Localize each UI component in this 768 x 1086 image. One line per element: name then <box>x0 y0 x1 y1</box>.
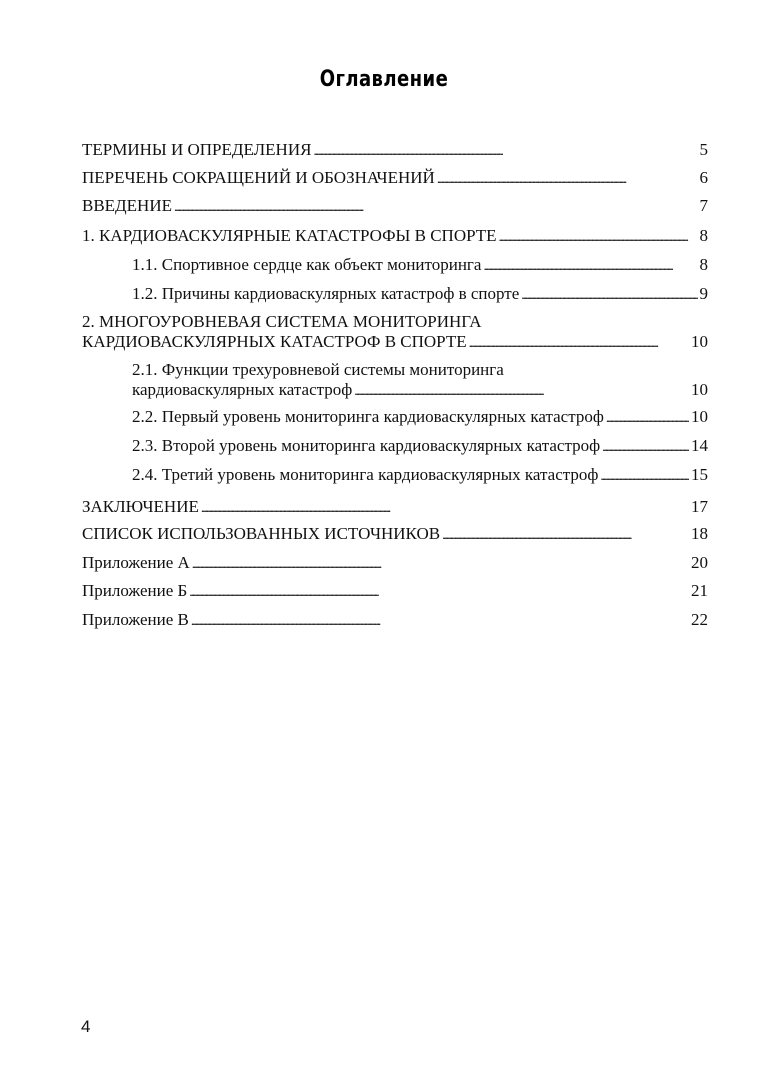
page-title: Оглавление <box>69 67 699 92</box>
dot-leader <box>313 140 697 161</box>
toc-entry-title: 2.3. Второй уровень мониторинга кардиова… <box>132 436 600 456</box>
dot-leader <box>483 255 697 276</box>
toc-entry-page: 6 <box>700 168 709 188</box>
dot-leader <box>191 610 689 631</box>
toc-entry[interactable]: ТЕРМИНЫ И ОПРЕДЕЛЕНИЯ5 <box>82 140 708 161</box>
dot-leader <box>499 226 698 247</box>
toc-entry-title: КАРДИОВАСКУЛЯРНЫХ КАТАСТРОФ В СПОРТЕ <box>82 332 467 352</box>
toc-entry-title: ПЕРЕЧЕНЬ СОКРАЩЕНИЙ И ОБОЗНАЧЕНИЙ <box>82 168 435 188</box>
dot-leader <box>442 524 689 545</box>
dot-leader <box>437 168 698 189</box>
toc-entry[interactable]: Приложение В22 <box>82 610 708 631</box>
toc-entry-page: 5 <box>700 140 709 160</box>
toc-entry-title: Приложение А <box>82 553 190 573</box>
dot-leader <box>192 553 689 574</box>
toc-entry[interactable]: СПИСОК ИСПОЛЬЗОВАННЫХ ИСТОЧНИКОВ18 <box>82 524 708 545</box>
toc-entry-title: Приложение Б <box>82 581 187 601</box>
toc-entry-title: 2.4. Третий уровень мониторинга кардиова… <box>132 465 598 485</box>
toc-entry-page: 18 <box>691 524 708 544</box>
toc-entry[interactable]: ПЕРЕЧЕНЬ СОКРАЩЕНИЙ И ОБОЗНАЧЕНИЙ6 <box>82 168 708 189</box>
toc-entry-title: ТЕРМИНЫ И ОПРЕДЕЛЕНИЯ <box>82 140 311 160</box>
dot-leader <box>600 465 689 486</box>
dot-leader <box>174 196 698 217</box>
dot-leader <box>602 436 689 457</box>
toc-entry-page: 10 <box>691 380 708 400</box>
dot-leader <box>469 332 689 353</box>
toc-entry[interactable]: 2.2. Первый уровень мониторинга кардиова… <box>132 407 708 428</box>
toc-entry-title: кардиоваскулярных катастроф <box>132 380 352 400</box>
toc-entry[interactable]: 2. МНОГОУРОВНЕВАЯ СИСТЕМА МОНИТОРИНГАКАР… <box>82 312 708 353</box>
toc-entry-page: 20 <box>691 553 708 573</box>
toc-entry-page: 7 <box>700 196 709 216</box>
toc-entry[interactable]: 1. КАРДИОВАСКУЛЯРНЫЕ КАТАСТРОФЫ В СПОРТЕ… <box>82 226 708 247</box>
toc-entry-title: 2. МНОГОУРОВНЕВАЯ СИСТЕМА МОНИТОРИНГА <box>82 312 482 332</box>
toc-entry-title: 1.1. Спортивное сердце как объект монито… <box>132 255 481 275</box>
dot-leader <box>354 380 689 401</box>
toc-entry-title: 1. КАРДИОВАСКУЛЯРНЫЕ КАТАСТРОФЫ В СПОРТЕ <box>82 226 497 246</box>
toc-entry-title: 1.2. Причины кардиоваскулярных катастроф… <box>132 284 519 304</box>
toc-entry-page: 8 <box>700 255 709 275</box>
toc-entry-title: Приложение В <box>82 610 189 630</box>
toc-entry[interactable]: Приложение Б21 <box>82 581 708 602</box>
toc-entry[interactable]: 2.1. Функции трехуровневой системы монит… <box>132 360 708 401</box>
toc-entry-title: 2.1. Функции трехуровневой системы монит… <box>132 360 504 380</box>
toc-entry-page: 10 <box>691 332 708 352</box>
dot-leader <box>606 407 689 428</box>
page-number: 4 <box>81 1017 90 1037</box>
toc-entry-title: ВВЕДЕНИЕ <box>82 196 172 216</box>
toc-entry-title: ЗАКЛЮЧЕНИЕ <box>82 497 199 517</box>
toc-entry[interactable]: ЗАКЛЮЧЕНИЕ17 <box>82 497 708 518</box>
dot-leader <box>189 581 689 602</box>
toc-entry-page: 14 <box>691 436 708 456</box>
dot-leader <box>201 497 689 518</box>
toc-entry-page: 8 <box>700 226 709 246</box>
dot-leader <box>521 284 697 305</box>
toc-entry[interactable]: ВВЕДЕНИЕ7 <box>82 196 708 217</box>
toc-entry-page: 22 <box>691 610 708 630</box>
toc-entry[interactable]: 1.2. Причины кардиоваскулярных катастроф… <box>132 284 708 305</box>
toc-entry-title: СПИСОК ИСПОЛЬЗОВАННЫХ ИСТОЧНИКОВ <box>82 524 440 544</box>
toc-entry-page: 9 <box>700 284 709 304</box>
toc-entry[interactable]: 2.4. Третий уровень мониторинга кардиова… <box>132 465 708 486</box>
toc-entry[interactable]: Приложение А20 <box>82 553 708 574</box>
toc-entry-page: 17 <box>691 497 708 517</box>
toc-entry-page: 15 <box>691 465 708 485</box>
toc-entry-title: 2.2. Первый уровень мониторинга кардиова… <box>132 407 604 427</box>
toc-entry[interactable]: 2.3. Второй уровень мониторинга кардиова… <box>132 436 708 457</box>
toc-entry-page: 10 <box>691 407 708 427</box>
toc-entry-page: 21 <box>691 581 708 601</box>
toc-entry[interactable]: 1.1. Спортивное сердце как объект монито… <box>132 255 708 276</box>
